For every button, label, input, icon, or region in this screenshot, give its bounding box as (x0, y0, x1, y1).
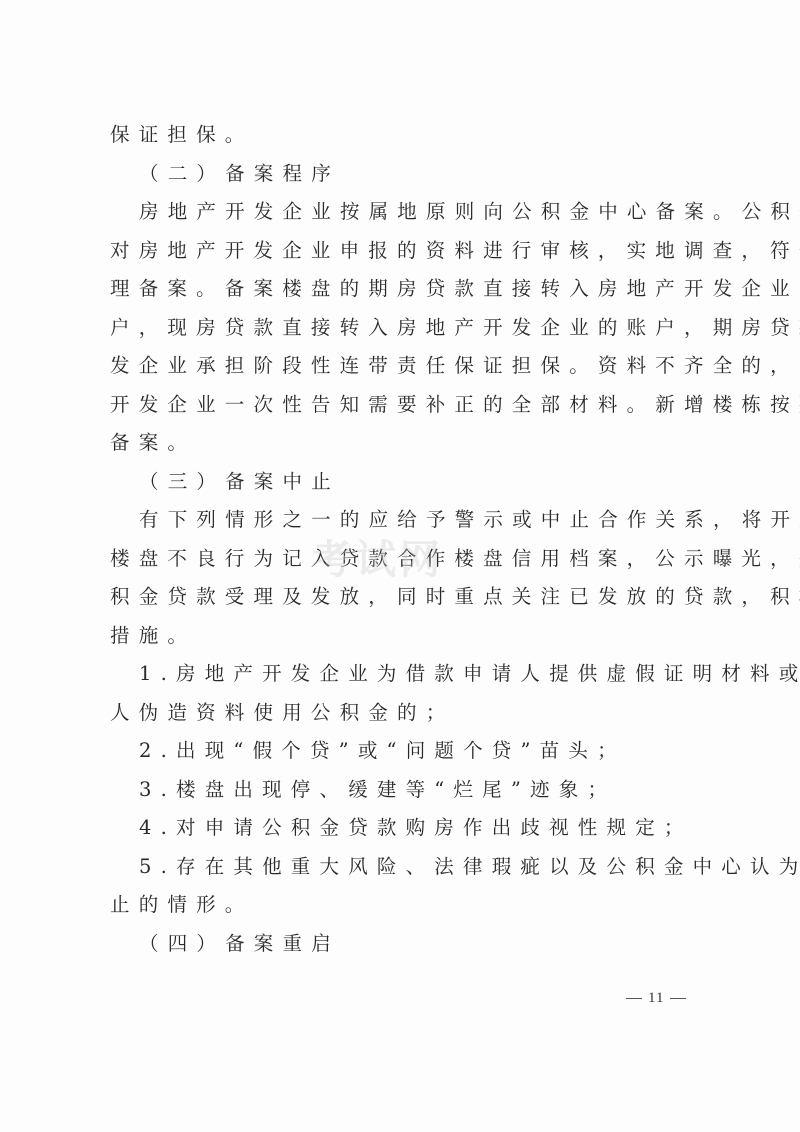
text-line: 理备案。备案楼盘的期房贷款直接转入房地产开发企业的监管账 (110, 270, 694, 309)
page-number-value: 11 (648, 990, 664, 1006)
list-item-3: 3.楼盘出现停、缓建等“烂尾”迹象； (110, 771, 694, 810)
list-item-5: 5.存在其他重大风险、法律瑕疵以及公积金中心认为应当中 (110, 848, 694, 887)
text-line: 户，现房贷款直接转入房地产开发企业的账户，期房贷款房地产开 (110, 309, 694, 348)
text-line: 楼盘不良行为记入贷款合作楼盘信用档案，公示曝光，并暂停其公 (110, 540, 694, 579)
list-item-2: 2.出现“假个贷”或“问题个贷”苗头； (110, 732, 694, 771)
section-heading-filing-restart: （四）备案重启 (110, 925, 694, 964)
text-line: 备案。 (110, 424, 694, 463)
text-line: 对房地产开发企业申报的资料进行审核，实地调查，符合条件的办 (110, 232, 694, 271)
text-line: 开发企业一次性告知需要补正的全部材料。新增楼栋按要求办理 (110, 386, 694, 425)
body-text: 保证担保。 （二）备案程序 房地产开发企业按属地原则向公积金中心备案。公积金中心… (110, 116, 694, 963)
section-heading-filing-suspension: （三）备案中止 (110, 463, 694, 502)
dash-left (626, 998, 642, 999)
list-item-1: 1.房地产开发企业为借款申请人提供虚假证明材料或协助他 (110, 655, 694, 694)
list-item-1-continued: 人伪造资料使用公积金的； (110, 694, 694, 733)
text-line: 有下列情形之一的应给予警示或中止合作关系，将开发企业 (110, 501, 694, 540)
dash-right (670, 998, 686, 999)
page-number: 11 (620, 990, 692, 1007)
text-line: 发企业承担阶段性连带责任保证担保。资料不齐全的，向房地产 (110, 347, 694, 386)
text-line: 积金贷款受理及发放，同时重点关注已发放的贷款，积极采取风控 (110, 578, 694, 617)
section-heading-filing-procedure: （二）备案程序 (110, 155, 694, 194)
list-item-4: 4.对申请公积金贷款购房作出歧视性规定； (110, 809, 694, 848)
list-item-5-continued: 止的情形。 (110, 886, 694, 925)
text-line: 保证担保。 (110, 116, 694, 155)
text-line: 措施。 (110, 617, 694, 656)
document-page: 保证担保。 （二）备案程序 房地产开发企业按属地原则向公积金中心备案。公积金中心… (0, 0, 800, 1132)
text-line: 房地产开发企业按属地原则向公积金中心备案。公积金中心 (110, 193, 694, 232)
